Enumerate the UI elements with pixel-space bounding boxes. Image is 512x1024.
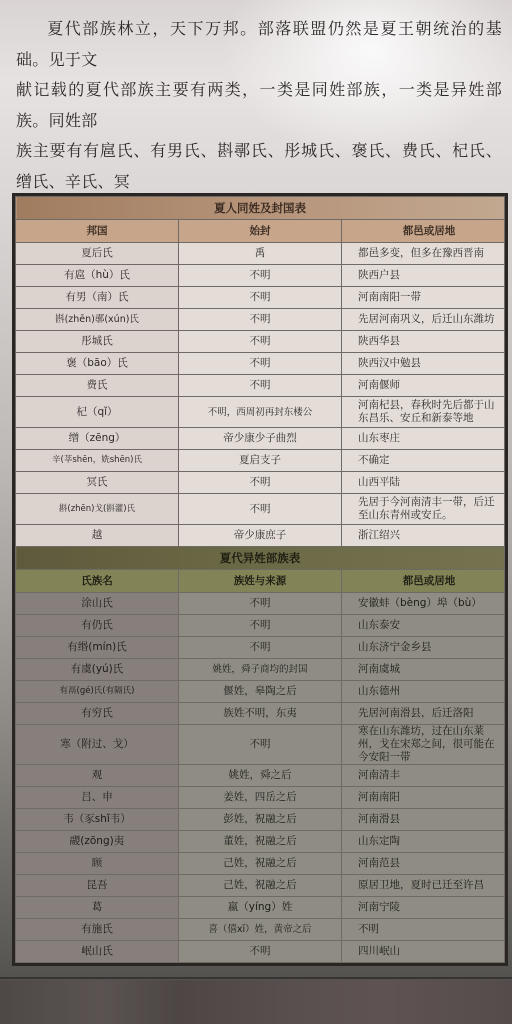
cell-state: 有男（南）氏 [16, 287, 179, 309]
cell-location: 陕西户县 [342, 265, 505, 287]
column-header: 始封 [179, 220, 342, 243]
cell-location: 河南范县 [342, 853, 505, 875]
cell-location: 不明 [342, 919, 505, 941]
cell-surname-origin: 姚姓，舜之后 [179, 765, 342, 787]
column-header: 都邑或居地 [342, 220, 505, 243]
cell-origin: 不明 [179, 265, 342, 287]
cell-clan: 有缗(mín)氏 [16, 637, 179, 659]
intro-line: 献记载的夏代部族主要有两类，一类是同姓部族，一类是异姓部族。同姓部 [16, 75, 502, 136]
table-row: 缯（zēng）帝少康少子曲烈山东枣庄 [16, 428, 505, 450]
cell-location: 山东枣庄 [342, 428, 505, 450]
cell-state: 冥氏 [16, 472, 179, 494]
cell-state: 费氏 [16, 375, 179, 397]
table-row: 有仍氏不明山东泰安 [16, 615, 505, 637]
clan-tables: 夏人同姓及封国表 邦国 始封 都邑或居地 夏后氏禹都邑多变，但多在豫西晋南 有扈… [12, 193, 508, 966]
table-row: 昆吾己姓，祝融之后原居卫地，夏时已迁至许昌 [16, 875, 505, 897]
cell-location: 先居河南巩义，后迁山东潍坊 [342, 309, 505, 331]
column-header: 邦国 [16, 220, 179, 243]
table-row: 葛嬴（yíng）姓河南宁陵 [16, 897, 505, 919]
cell-clan: 顾 [16, 853, 179, 875]
table-row: 斟(zhēn)鄩(xún)氏不明先居河南巩义，后迁山东潍坊 [16, 309, 505, 331]
cell-surname-origin: 彭姓，祝融之后 [179, 809, 342, 831]
cell-origin: 帝少康少子曲烈 [179, 428, 342, 450]
column-header: 族姓与来源 [179, 570, 342, 593]
intro-line: 族主要有有扈氏、有男氏、斟鄩氏、彤城氏、褒氏、费氏、杞氏、缯氏、辛氏、冥 [16, 136, 502, 197]
cell-clan: 鬷(zōng)夷 [16, 831, 179, 853]
table-row: 杞（qǐ）不明，西周初再封东楼公河南杞县，春秋时先后都于山东昌乐、安丘和新泰等地 [16, 397, 505, 428]
cell-clan: 寒（附过、戈） [16, 725, 179, 765]
table2-title-row: 夏代异姓部族表 [16, 547, 505, 570]
cell-surname-origin: 不明 [179, 615, 342, 637]
table2-title: 夏代异姓部族表 [16, 547, 505, 570]
cell-location: 先居河南滑县，后迁洛阳 [342, 703, 505, 725]
cell-surname-origin: 喜（僖xī）姓，黄帝之后 [179, 919, 342, 941]
cell-state: 夏后氏 [16, 243, 179, 265]
cell-origin: 不明 [179, 375, 342, 397]
cell-clan: 有鬲(gé)氏(有隔氏) [16, 681, 179, 703]
cell-location: 河南滑县 [342, 809, 505, 831]
background-floor [0, 980, 512, 1024]
cell-location: 河南偃师 [342, 375, 505, 397]
cell-location: 河南南阳一带 [342, 287, 505, 309]
cell-location: 河南宁陵 [342, 897, 505, 919]
cell-clan: 有施氏 [16, 919, 179, 941]
clans-table: 夏人同姓及封国表 邦国 始封 都邑或居地 夏后氏禹都邑多变，但多在豫西晋南 有扈… [15, 196, 505, 963]
table1-header-row: 邦国 始封 都邑或居地 [16, 220, 505, 243]
intro-line: 夏代部族林立，天下万邦。部落联盟仍然是夏王朝统治的基础。见于文 [16, 14, 502, 75]
cell-surname-origin: 不明 [179, 941, 342, 963]
cell-location: 山东济宁金乡县 [342, 637, 505, 659]
cell-location: 陕西华县 [342, 331, 505, 353]
cell-state: 越 [16, 525, 179, 547]
cell-state: 彤城氏 [16, 331, 179, 353]
cell-origin: 不明 [179, 331, 342, 353]
cell-location: 四川岷山 [342, 941, 505, 963]
cell-surname-origin: 董姓，祝融之后 [179, 831, 342, 853]
table-row: 有扈（hù）氏不明陕西户县 [16, 265, 505, 287]
cell-state: 有扈（hù）氏 [16, 265, 179, 287]
table-row: 寒（附过、戈）不明寒在山东潍坊，过在山东莱州，戈在宋郑之间，很可能在今安阳一带 [16, 725, 505, 765]
cell-location: 浙江绍兴 [342, 525, 505, 547]
cell-clan: 葛 [16, 897, 179, 919]
table-row: 顾己姓，祝融之后河南范县 [16, 853, 505, 875]
table1-title-row: 夏人同姓及封国表 [16, 197, 505, 220]
cell-origin: 禹 [179, 243, 342, 265]
cell-location: 山东泰安 [342, 615, 505, 637]
cell-clan: 有穷氏 [16, 703, 179, 725]
cell-surname-origin: 族姓不明，东夷 [179, 703, 342, 725]
intro-line-text: 夏代部族林立，天下万邦。部落联盟仍然是夏王朝统治的基础。见于文 [16, 19, 502, 69]
table-row: 褒（bāo）氏不明陕西汉中勉县 [16, 353, 505, 375]
table-row: 费氏不明河南偃师 [16, 375, 505, 397]
cell-location: 陕西汉中勉县 [342, 353, 505, 375]
cell-location: 河南虞城 [342, 659, 505, 681]
cell-location: 安徽蚌（bèng）埠（bù） [342, 593, 505, 615]
cell-surname-origin: 不明 [179, 725, 342, 765]
table-row: 有鬲(gé)氏(有隔氏)偃姓，皋陶之后山东德州 [16, 681, 505, 703]
cell-origin: 不明 [179, 353, 342, 375]
cell-location: 山东定陶 [342, 831, 505, 853]
table2-header-row: 氏族名 族姓与来源 都邑或居地 [16, 570, 505, 593]
table-row: 观姚姓，舜之后河南清丰 [16, 765, 505, 787]
cell-state: 褒（bāo）氏 [16, 353, 179, 375]
table-row: 冥氏不明山西平陆 [16, 472, 505, 494]
cell-clan: 观 [16, 765, 179, 787]
column-header: 都邑或居地 [342, 570, 505, 593]
cell-surname-origin: 姚姓，舜子商均的封国 [179, 659, 342, 681]
table-row: 有虞(yú)氏姚姓，舜子商均的封国河南虞城 [16, 659, 505, 681]
cell-origin: 不明 [179, 309, 342, 331]
cell-location: 不确定 [342, 450, 505, 472]
cell-origin: 不明，西周初再封东楼公 [179, 397, 342, 428]
cell-location: 河南南阳 [342, 787, 505, 809]
table-row: 越帝少康庶子浙江绍兴 [16, 525, 505, 547]
table-row: 彤城氏不明陕西华县 [16, 331, 505, 353]
cell-location: 山东德州 [342, 681, 505, 703]
cell-location: 寒在山东潍坊，过在山东莱州，戈在宋郑之间，很可能在今安阳一带 [342, 725, 505, 765]
cell-state: 斟(zhēn)戈(斟灌)氏 [16, 494, 179, 525]
table-row: 有缗(mín)氏不明山东济宁金乡县 [16, 637, 505, 659]
cell-location: 都邑多变，但多在豫西晋南 [342, 243, 505, 265]
table-row: 涂山氏不明安徽蚌（bèng）埠（bù） [16, 593, 505, 615]
cell-clan: 吕、申 [16, 787, 179, 809]
panel-edge-divider [0, 977, 512, 979]
cell-location: 先居于今河南清丰一带，后迁至山东青州或安丘。 [342, 494, 505, 525]
table-row: 韦（豕shǐ韦）彭姓，祝融之后河南滑县 [16, 809, 505, 831]
cell-state: 缯（zēng） [16, 428, 179, 450]
cell-state: 杞（qǐ） [16, 397, 179, 428]
table-row: 有男（南）氏不明河南南阳一带 [16, 287, 505, 309]
cell-origin: 夏启支子 [179, 450, 342, 472]
cell-location: 原居卫地，夏时已迁至许昌 [342, 875, 505, 897]
table-row: 有穷氏族姓不明，东夷先居河南滑县，后迁洛阳 [16, 703, 505, 725]
cell-state: 斟(zhēn)鄩(xún)氏 [16, 309, 179, 331]
column-header: 氏族名 [16, 570, 179, 593]
table-row: 夏后氏禹都邑多变，但多在豫西晋南 [16, 243, 505, 265]
cell-origin: 不明 [179, 472, 342, 494]
cell-clan: 韦（豕shǐ韦） [16, 809, 179, 831]
cell-location: 河南清丰 [342, 765, 505, 787]
cell-surname-origin: 己姓，祝融之后 [179, 875, 342, 897]
cell-surname-origin: 不明 [179, 637, 342, 659]
table-row: 岷山氏不明四川岷山 [16, 941, 505, 963]
cell-origin: 不明 [179, 287, 342, 309]
table1-title: 夏人同姓及封国表 [16, 197, 505, 220]
cell-surname-origin: 偃姓，皋陶之后 [179, 681, 342, 703]
cell-origin: 帝少康庶子 [179, 525, 342, 547]
cell-surname-origin: 姜姓，四岳之后 [179, 787, 342, 809]
cell-clan: 岷山氏 [16, 941, 179, 963]
cell-surname-origin: 己姓，祝融之后 [179, 853, 342, 875]
table-row: 有施氏喜（僖xī）姓，黄帝之后不明 [16, 919, 505, 941]
cell-origin: 不明 [179, 494, 342, 525]
table-row: 斟(zhēn)戈(斟灌)氏不明先居于今河南清丰一带，后迁至山东青州或安丘。 [16, 494, 505, 525]
cell-clan: 昆吾 [16, 875, 179, 897]
table-row: 鬷(zōng)夷董姓，祝融之后山东定陶 [16, 831, 505, 853]
cell-state: 辛(莘shēn，姺shēn)氏 [16, 450, 179, 472]
cell-location: 山西平陆 [342, 472, 505, 494]
cell-clan: 涂山氏 [16, 593, 179, 615]
table-row: 吕、申姜姓，四岳之后河南南阳 [16, 787, 505, 809]
cell-location: 河南杞县，春秋时先后都于山东昌乐、安丘和新泰等地 [342, 397, 505, 428]
cell-surname-origin: 不明 [179, 593, 342, 615]
table-row: 辛(莘shēn，姺shēn)氏夏启支子不确定 [16, 450, 505, 472]
cell-surname-origin: 嬴（yíng）姓 [179, 897, 342, 919]
cell-clan: 有虞(yú)氏 [16, 659, 179, 681]
cell-clan: 有仍氏 [16, 615, 179, 637]
